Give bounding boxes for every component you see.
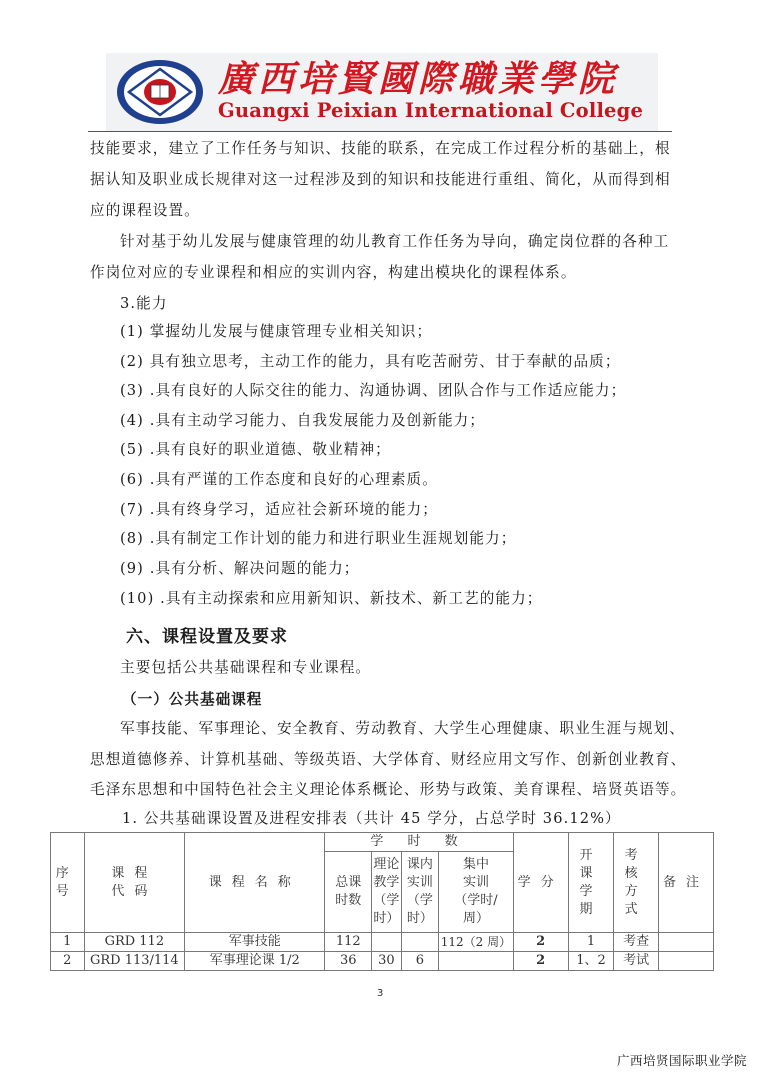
ability-item: (6) .具有严谨的工作态度和良好的心理素质。 [120,470,438,490]
col-header-name: 课程名称 [185,833,325,933]
public-courses-line-1: 军事技能、军事理论、安全教育、劳动教育、大学生心理健康、职业生涯与规划、 [120,719,685,739]
public-course-table: 序号 课程 代码 课程名称 学 时 数 学分 开课 学期 考核 方式 备注 总课… [50,832,714,971]
header-banner: 廣西培賢國際職業學院 Guangxi Peixian International… [106,53,658,131]
cell-inclass [401,933,439,952]
footer-college-name: 广西培贤国际职业学院 [617,1051,747,1069]
cell-credit: 2 [513,933,568,952]
public-courses-line-3: 毛泽东思想和中国特色社会主义理论体系概论、形势与政策、美育课程、培贤英语等。 [90,780,686,800]
college-name-chinese: 廣西培賢國際職業學院 [218,57,648,101]
cell-note [659,952,714,971]
table-row: 2 GRD 113/114 军事理论课 1/2 36 30 6 2 1、2 考试 [51,952,714,971]
cell-credit: 2 [513,952,568,971]
col-header-intensive-practice: 集中 实训 （学时/ 周） [439,852,514,933]
cell-inclass: 6 [401,952,439,971]
section-6-title: 六、课程设置及要求 [126,622,288,647]
cell-assessment: 考查 [614,933,659,952]
cell-name: 军事技能 [185,933,325,952]
cell-code: GRD 113/114 [84,952,185,971]
cell-theory: 30 [372,952,401,971]
cell-total: 112 [325,933,372,952]
ability-item: (10) .具有主动探索和应用新知识、新技术、新工艺的能力； [120,589,543,609]
intro-line-3: 应的课程设置。 [90,201,200,221]
col-header-seq: 序号 [51,833,85,933]
ability-item: (2) 具有独立思考，主动工作的能力，具有吃苦耐劳、甘于奉献的品质； [120,352,621,372]
cell-total: 36 [325,952,372,971]
cell-seq: 2 [51,952,85,971]
table-caption: 1. 公共基础课设置及进程安排表（共计 45 学分，占总学时 36.12%） [122,809,621,829]
col-header-term: 开课 学期 [568,833,614,933]
header-divider [88,131,672,132]
col-header-assessment: 考核 方式 [614,833,659,933]
cell-note [659,933,714,952]
col-header-credit: 学分 [513,833,568,933]
cell-intensive [439,952,514,971]
cell-assessment: 考试 [614,952,659,971]
cell-term: 1 [568,933,614,952]
ability-item: (5) .具有良好的职业道德、敬业精神； [120,440,391,460]
ability-item: (9) .具有分析、解决问题的能力； [120,559,359,579]
subsection-public-foundation-title: （一）公共基础课程 [122,688,262,709]
para2-line-1: 针对基于幼儿发展与健康管理的幼儿教育工作任务为导向，确定岗位群的各种工 [120,232,669,252]
section-6-intro: 主要包括公共基础课程和专业课程。 [120,658,371,678]
intro-line-2: 据认知及职业成长规律对这一过程涉及到的知识和技能进行重组、简化，从而得到相 [90,170,671,190]
col-header-total-hours: 总课 时数 [325,852,372,933]
table-row: 1 GRD 112 军事技能 112 112（2 周） 2 1 考查 [51,933,714,952]
cell-name: 军事理论课 1/2 [185,952,325,971]
public-courses-line-2: 思想道德修养、计算机基础、等级英语、大学体育、财经应用文写作、创新创业教育、 [90,750,686,770]
page-number: 3 [377,988,383,999]
ability-item: (3) .具有良好的人际交往的能力、沟通协调、团队合作与工作适应能力； [120,381,626,401]
ability-item: (4) .具有主动学习能力、自我发展能力及创新能力； [120,411,485,431]
college-seal-icon [115,58,205,126]
para2-line-2: 作岗位对应的专业课程和相应的实训内容，构建出模块化的课程体系。 [90,263,577,283]
college-name-english: Guangxi Peixian International College [218,99,643,123]
col-header-theory-hours: 理论 教学 （学 时） [372,852,401,933]
cell-intensive: 112（2 周） [439,933,514,952]
cell-term: 1、2 [568,952,614,971]
col-header-note: 备注 [659,833,714,933]
intro-line-1: 技能要求，建立了工作任务与知识、技能的联系，在完成工作过程分析的基础上，根 [90,139,671,159]
ability-item: (8) .具有制定工作计划的能力和进行职业生涯规划能力； [120,529,516,549]
cell-seq: 1 [51,933,85,952]
ability-item: (7) .具有终身学习，适应社会新环境的能力； [120,500,438,520]
ability-heading: 3.能力 [120,294,168,314]
ability-item: (1) 掌握幼儿发展与健康管理专业相关知识； [120,322,432,342]
cell-code: GRD 112 [84,933,185,952]
col-header-hours-group: 学 时 数 [325,833,513,852]
cell-theory [372,933,401,952]
col-header-code: 课程 代码 [84,833,185,933]
col-header-inclass-practice: 课内 实训 （学 时） [401,852,439,933]
